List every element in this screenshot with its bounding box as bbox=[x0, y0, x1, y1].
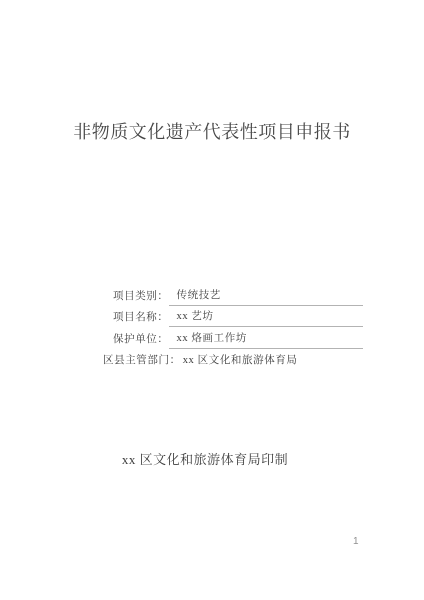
field-row-district-authority: 区县主管部门： xx 区文化和旅游体育局 bbox=[103, 349, 363, 371]
document-title: 非物质文化遗产代表性项目申报书 bbox=[0, 118, 424, 144]
field-row-project-category: 项目类别： 传统技艺 bbox=[113, 284, 363, 306]
field-row-project-name: 项目名称： xx 艺坊 bbox=[113, 306, 363, 328]
page-number: 1 bbox=[353, 536, 359, 547]
field-value-protection-unit: xx 烙画工作坊 bbox=[169, 330, 364, 349]
fields-block: 项目类别： 传统技艺 项目名称： xx 艺坊 保护单位： xx 烙画工作坊 区县… bbox=[113, 284, 363, 370]
field-label-project-name: 项目名称： bbox=[113, 309, 169, 327]
printed-by-line: xx 区文化和旅游体育局印制 bbox=[0, 449, 410, 468]
field-row-protection-unit: 保护单位： xx 烙画工作坊 bbox=[113, 327, 363, 349]
field-label-district-authority: 区县主管部门： bbox=[103, 352, 181, 370]
field-label-project-category: 项目类别： bbox=[113, 288, 169, 306]
field-value-project-name: xx 艺坊 bbox=[169, 308, 364, 327]
field-label-protection-unit: 保护单位： bbox=[113, 331, 169, 349]
field-value-project-category: 传统技艺 bbox=[169, 287, 364, 306]
field-value-district-authority: xx 区文化和旅游体育局 bbox=[181, 352, 363, 370]
document-page: 非物质文化遗产代表性项目申报书 项目类别： 传统技艺 项目名称： xx 艺坊 保… bbox=[0, 0, 424, 600]
